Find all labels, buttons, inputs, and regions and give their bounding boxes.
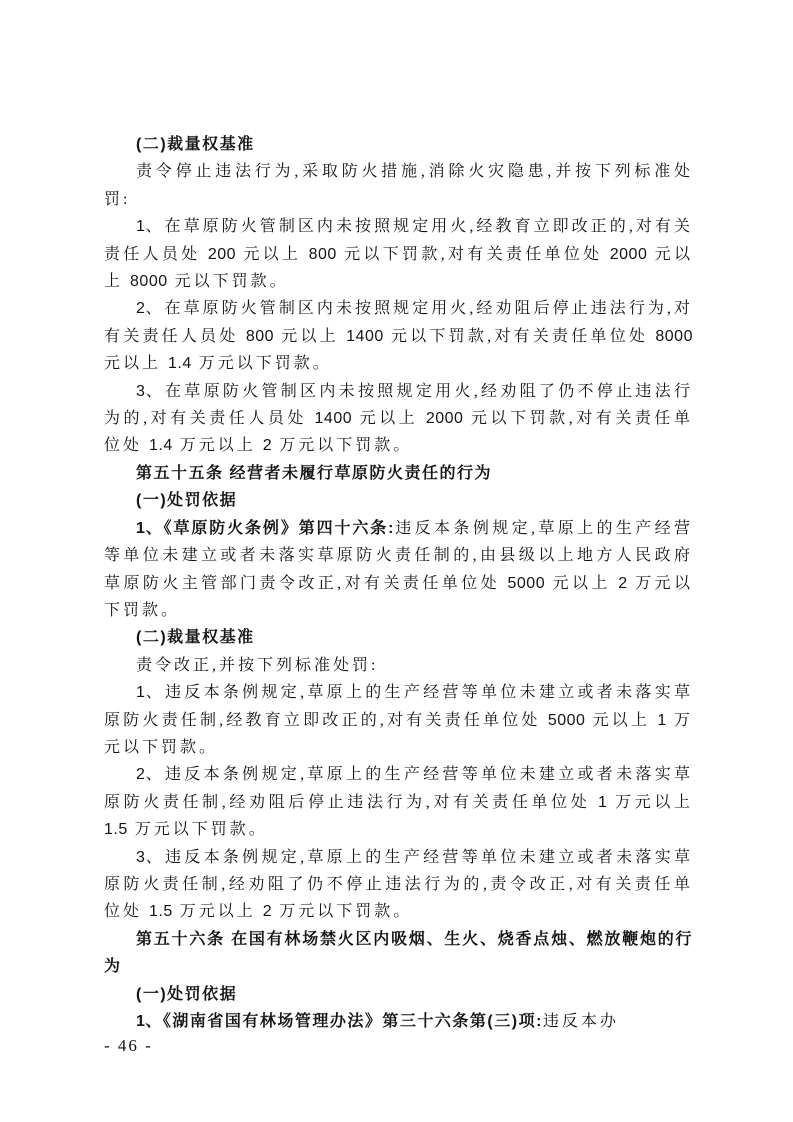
paragraph-lead: 1、《湖南省国有林场管理办法》第三十六条第(三)项:: [136, 1013, 543, 1030]
numeric-value: 1.4: [168, 355, 192, 372]
numeric-value: 8000: [130, 273, 168, 290]
numeric-value: 2: [618, 575, 627, 592]
numeric-value: 800: [246, 328, 274, 345]
numeric-value: 1.5: [104, 821, 128, 838]
document-page: (二)裁量权基准责令停止违法行为,采取防火措施,消除火灾隐患,并按下列标准处罚:…: [0, 0, 793, 1122]
numeric-value: 8000: [655, 328, 693, 345]
document-body: (二)裁量权基准责令停止违法行为,采取防火措施,消除火灾隐患,并按下列标准处罚:…: [104, 131, 693, 1035]
article-heading: 第五十五条 经营者未履行草原防火责任的行为: [104, 460, 693, 487]
paragraph: 责令改正,并按下列标准处罚:: [104, 652, 693, 679]
page-number: - 46 -: [104, 1036, 153, 1055]
paragraph: 2、在草原防火管制区内未按照规定用火,经劝阻后停止违法行为,对有关责任人员处 8…: [104, 295, 693, 377]
numeric-value: 2000: [610, 246, 648, 263]
paragraph: 责令停止违法行为,采取防火措施,消除火灾隐患,并按下列标准处罚:: [104, 158, 693, 213]
numeric-value: 2: [263, 437, 272, 454]
numeric-value: 5000: [548, 712, 586, 729]
section-heading: (一)处罚依据: [104, 981, 693, 1008]
numeric-value: 3: [136, 849, 145, 866]
numeric-value: 1.5: [149, 903, 173, 920]
numeric-value: 2: [263, 903, 272, 920]
numeric-value: 1400: [315, 410, 353, 427]
section-heading: (二)裁量权基准: [104, 624, 693, 651]
paragraph: 1、《湖南省国有林场管理办法》第三十六条第(三)项:违反本办: [104, 1008, 693, 1035]
numeric-value: 1: [136, 520, 145, 537]
paragraph: 3、违反本条例规定,草原上的生产经营等单位未建立或者未落实草原防火责任制,经劝阻…: [104, 844, 693, 926]
numeric-value: 1: [136, 218, 145, 235]
paragraph: 1、违反本条例规定,草原上的生产经营等单位未建立或者未落实草原防火责任制,经教育…: [104, 679, 693, 761]
numeric-value: 3: [136, 383, 145, 400]
paragraph: 3、在草原防火管制区内未按照规定用火,经劝阻了仍不停止违法行为的,对有关责任人员…: [104, 378, 693, 460]
numeric-value: 2: [136, 300, 145, 317]
page-footer: - 46 -: [104, 1036, 153, 1056]
paragraph: 1、在草原防火管制区内未按照规定用火,经教育立即改正的,对有关责任人员处 200…: [104, 213, 693, 295]
numeric-value: 1400: [346, 328, 384, 345]
section-heading: (二)裁量权基准: [104, 131, 693, 158]
numeric-value: 2000: [426, 410, 464, 427]
numeric-value: 1: [598, 794, 607, 811]
paragraph: 2、违反本条例规定,草原上的生产经营等单位未建立或者未落实草原防火责任制,经劝阻…: [104, 761, 693, 843]
numeric-value: 1: [136, 1013, 145, 1030]
numeric-value: 1: [136, 684, 145, 701]
numeric-value: 5000: [508, 575, 546, 592]
numeric-value: 800: [309, 246, 337, 263]
numeric-value: 1: [657, 712, 666, 729]
article-heading: 第五十六条 在国有林场禁火区内吸烟、生火、烧香点烛、燃放鞭炮的行为: [104, 926, 693, 981]
numeric-value: 1.4: [149, 437, 173, 454]
paragraph: 1、《草原防火条例》第四十六条:违反本条例规定,草原上的生产经营等单位未建立或者…: [104, 515, 693, 625]
numeric-value: 2: [136, 766, 145, 783]
numeric-value: 200: [208, 246, 236, 263]
section-heading: (一)处罚依据: [104, 487, 693, 514]
paragraph-lead: 1、《草原防火条例》第四十六条:: [136, 520, 395, 537]
